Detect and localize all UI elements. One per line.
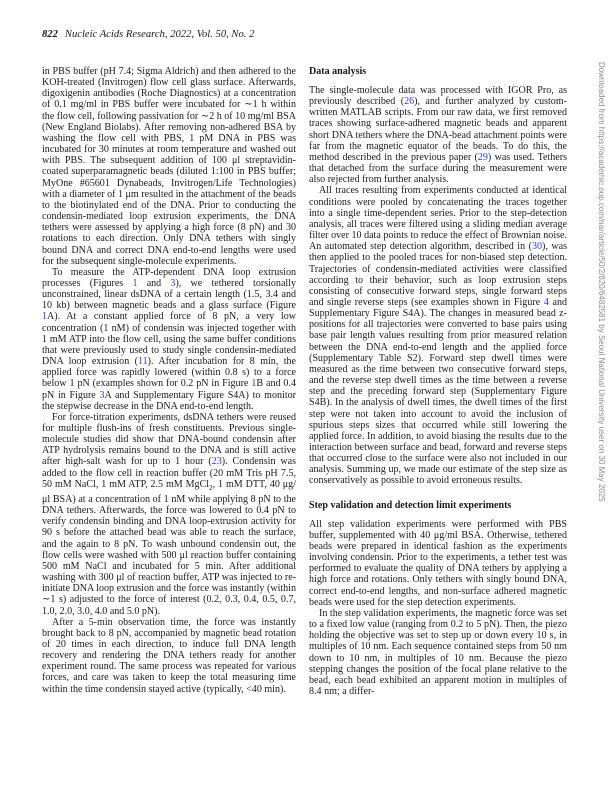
citation-link[interactable]: 11 bbox=[138, 356, 148, 367]
paragraph: In the step validation experiments, the … bbox=[309, 608, 567, 697]
citation-link[interactable]: 30 bbox=[532, 241, 542, 252]
paragraph: For force-titration experiments, dsDNA t… bbox=[42, 412, 296, 617]
paragraph: After a 5-min observation time, the forc… bbox=[42, 617, 296, 695]
right-column: Data analysis The single-molecule data w… bbox=[309, 66, 567, 697]
page-number: 822 bbox=[42, 29, 58, 40]
paragraph: To measure the ATP-dependent DNA loop ex… bbox=[42, 267, 296, 412]
paragraph: All traces resulting from experiments co… bbox=[309, 185, 567, 486]
paragraph: The single-molecule data was processed w… bbox=[309, 85, 567, 185]
section-heading: Data analysis bbox=[309, 66, 567, 78]
paragraph: All step validation experiments were per… bbox=[309, 519, 567, 608]
citation-link[interactable]: 26 bbox=[404, 96, 414, 107]
journal-citation: Nucleic Acids Research, 2022, Vol. 50, N… bbox=[65, 29, 254, 40]
paragraph: in PBS buffer (pH 7.4; Sigma Aldrich) an… bbox=[42, 66, 296, 267]
download-watermark: Downloaded from https://academic.oup.com… bbox=[597, 62, 606, 502]
citation-link[interactable]: 29 bbox=[478, 152, 488, 163]
citation-link[interactable]: 23 bbox=[212, 456, 222, 467]
section-heading: Step validation and detection limit expe… bbox=[309, 500, 567, 512]
left-column: in PBS buffer (pH 7.4; Sigma Aldrich) an… bbox=[42, 66, 296, 695]
running-head: 822Nucleic Acids Research, 2022, Vol. 50… bbox=[42, 29, 254, 40]
